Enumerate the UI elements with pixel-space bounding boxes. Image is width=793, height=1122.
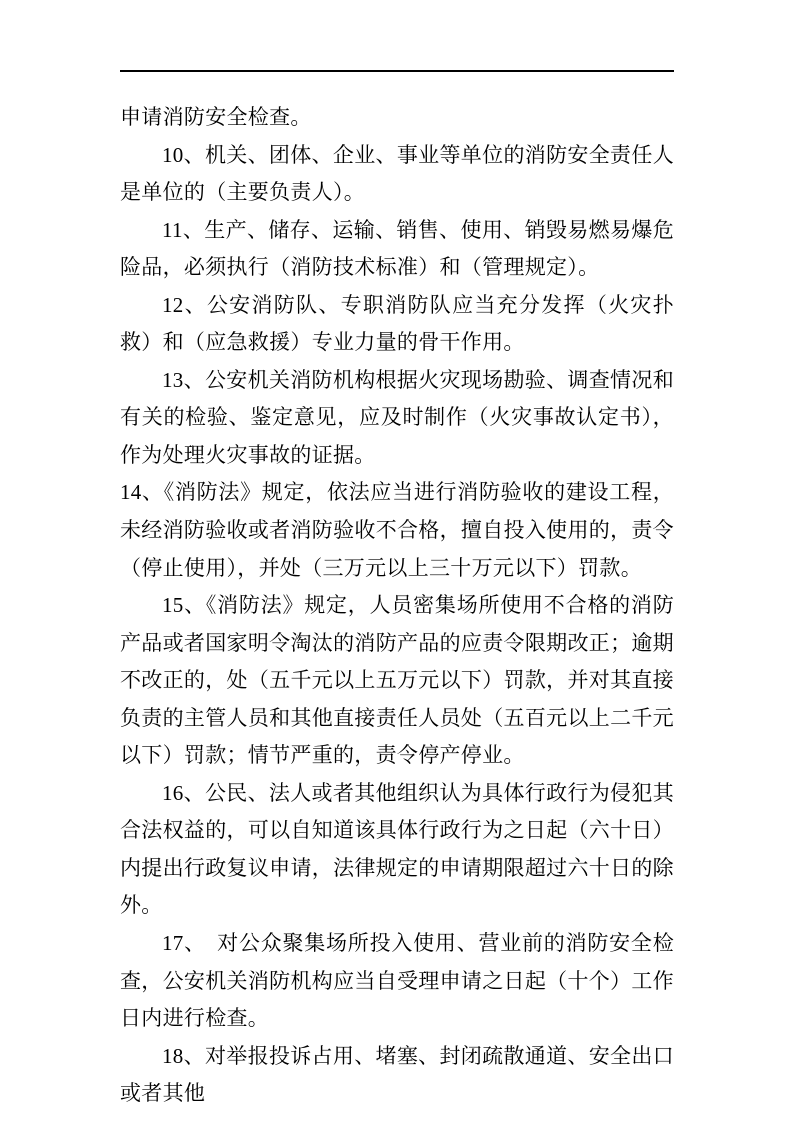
- paragraph-item-17: 17、 对公众聚集场所投入使用、营业前的消防安全检查，公安机关消防机构应当自受理…: [120, 925, 674, 1038]
- paragraph-item-18: 18、对举报投诉占用、堵塞、封闭疏散通道、安全出口或者其他: [120, 1038, 674, 1113]
- document-page: 申请消防安全检查。 10、机关、团体、企业、事业等单位的消防安全责任人是单位的（…: [0, 0, 793, 1122]
- paragraph-continuation: 申请消防安全检查。: [120, 99, 674, 137]
- document-body: 申请消防安全检查。 10、机关、团体、企业、事业等单位的消防安全责任人是单位的（…: [120, 99, 674, 1113]
- header-rule-divider: [120, 70, 674, 72]
- paragraph-item-15: 15、《消防法》规定，人员密集场所使用不合格的消防产品或者国家明令淘汰的消防产品…: [120, 587, 674, 775]
- paragraph-item-11: 11、生产、储存、运输、销售、使用、销毁易燃易爆危险品，必须执行（消防技术标准）…: [120, 212, 674, 287]
- paragraph-item-13: 13、公安机关消防机构根据火灾现场勘验、调查情况和有关的检验、鉴定意见，应及时制…: [120, 362, 674, 475]
- paragraph-item-12: 12、公安消防队、专职消防队应当充分发挥（火灾扑救）和（应急救援）专业力量的骨干…: [120, 287, 674, 362]
- paragraph-item-16: 16、公民、法人或者其他组织认为具体行政行为侵犯其合法权益的，可以自知道该具体行…: [120, 775, 674, 925]
- paragraph-item-10: 10、机关、团体、企业、事业等单位的消防安全责任人是单位的（主要负责人）。: [120, 137, 674, 212]
- paragraph-item-14: 14、《消防法》规定，依法应当进行消防验收的建设工程，未经消防验收或者消防验收不…: [120, 474, 674, 587]
